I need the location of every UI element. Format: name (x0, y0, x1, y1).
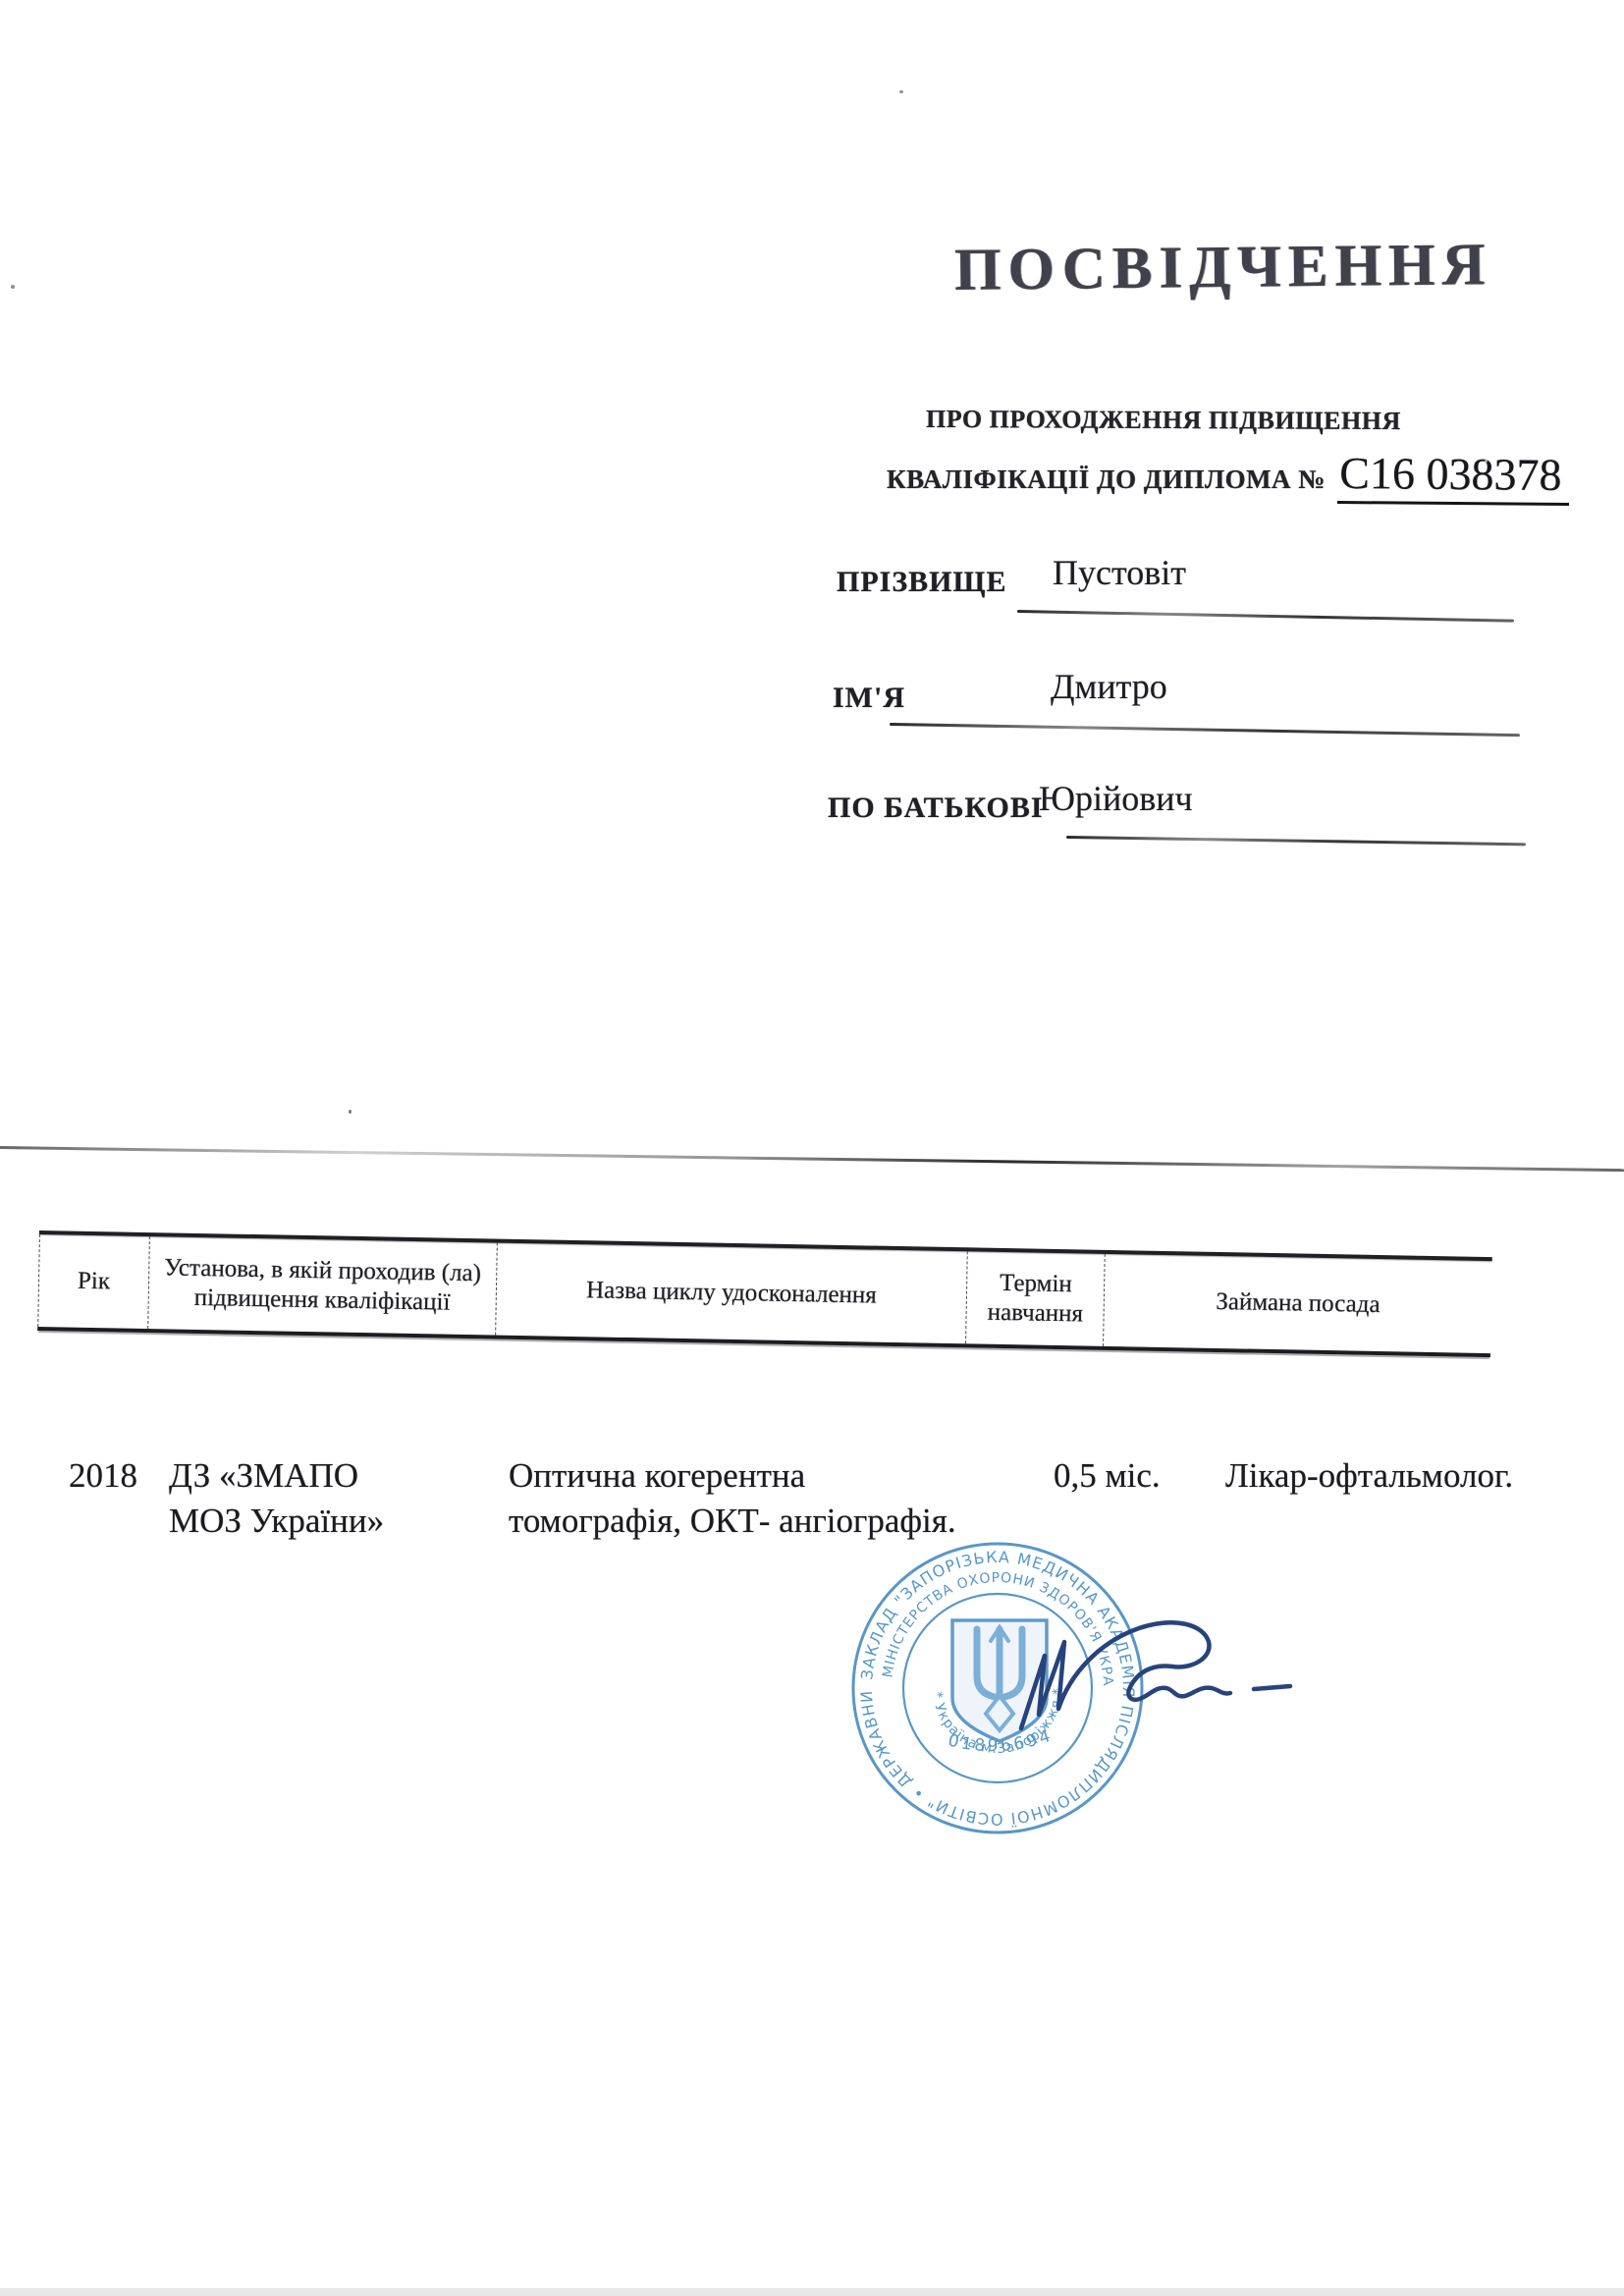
firstname-value: Дмитро (1051, 666, 1167, 707)
scanned-certificate-page: ПОСВІДЧЕННЯ ПРО ПРОХОДЖЕННЯ ПІДВИЩЕННЯ К… (0, 0, 1624, 2296)
header-year: Рік (38, 1234, 150, 1329)
firstname-underline (890, 723, 1520, 737)
header-course: Назва циклу удосконалення (496, 1243, 968, 1344)
page-title: ПОСВІДЧЕННЯ (954, 231, 1492, 305)
header-duration: Термін навчання (966, 1251, 1106, 1346)
signature-stroke (1021, 1622, 1290, 1728)
surname-label: ПРІЗВИЩЕ (837, 566, 1006, 599)
row-course-line1: Оптична когерентна (509, 1453, 956, 1499)
patronymic-label: ПО БАТЬКОВІ (828, 792, 1044, 825)
diploma-number: С16 038378 (1337, 447, 1570, 506)
row-position: Лікар-офтальмолог. (1225, 1453, 1513, 1499)
row-duration: 0,5 міс. (1054, 1453, 1161, 1499)
firstname-label: ІМ'Я (833, 682, 905, 715)
header-position: Займана посада (1104, 1254, 1491, 1353)
row-institution-line2: МОЗ України» (169, 1499, 384, 1544)
header-institution: Установа, в якій проходив (ла) підвищенн… (148, 1236, 497, 1335)
patronymic-value: Юрійович (1039, 778, 1193, 819)
row-institution: ДЗ «ЗМАПО МОЗ України» (169, 1453, 384, 1544)
signature (994, 1599, 1318, 1771)
scanner-edge-strip (0, 2288, 1624, 2296)
qualification-table-header: Рік Установа, в якій проходив (ла) підви… (37, 1230, 1492, 1357)
patronymic-underline (1066, 836, 1526, 846)
row-institution-line1: ДЗ «ЗМАПО (169, 1453, 384, 1499)
subtitle-line-1: ПРО ПРОХОДЖЕННЯ ПІДВИЩЕННЯ (926, 405, 1401, 436)
scan-speck (349, 1110, 352, 1114)
subtitle-line-2-label: КВАЛІФІКАЦІЇ ДО ДИПЛОМА № (887, 465, 1326, 495)
surname-underline (1017, 610, 1514, 623)
surname-value: Пустовіт (1053, 552, 1186, 593)
scan-fold-line (0, 1146, 1624, 1172)
scan-speck (11, 285, 15, 289)
row-year: 2018 (69, 1453, 137, 1499)
scan-speck (1485, 460, 1488, 463)
scan-speck (899, 90, 903, 93)
subtitle-line-2: КВАЛІФІКАЦІЇ ДО ДИПЛОМА № С16 038378 (887, 447, 1569, 504)
